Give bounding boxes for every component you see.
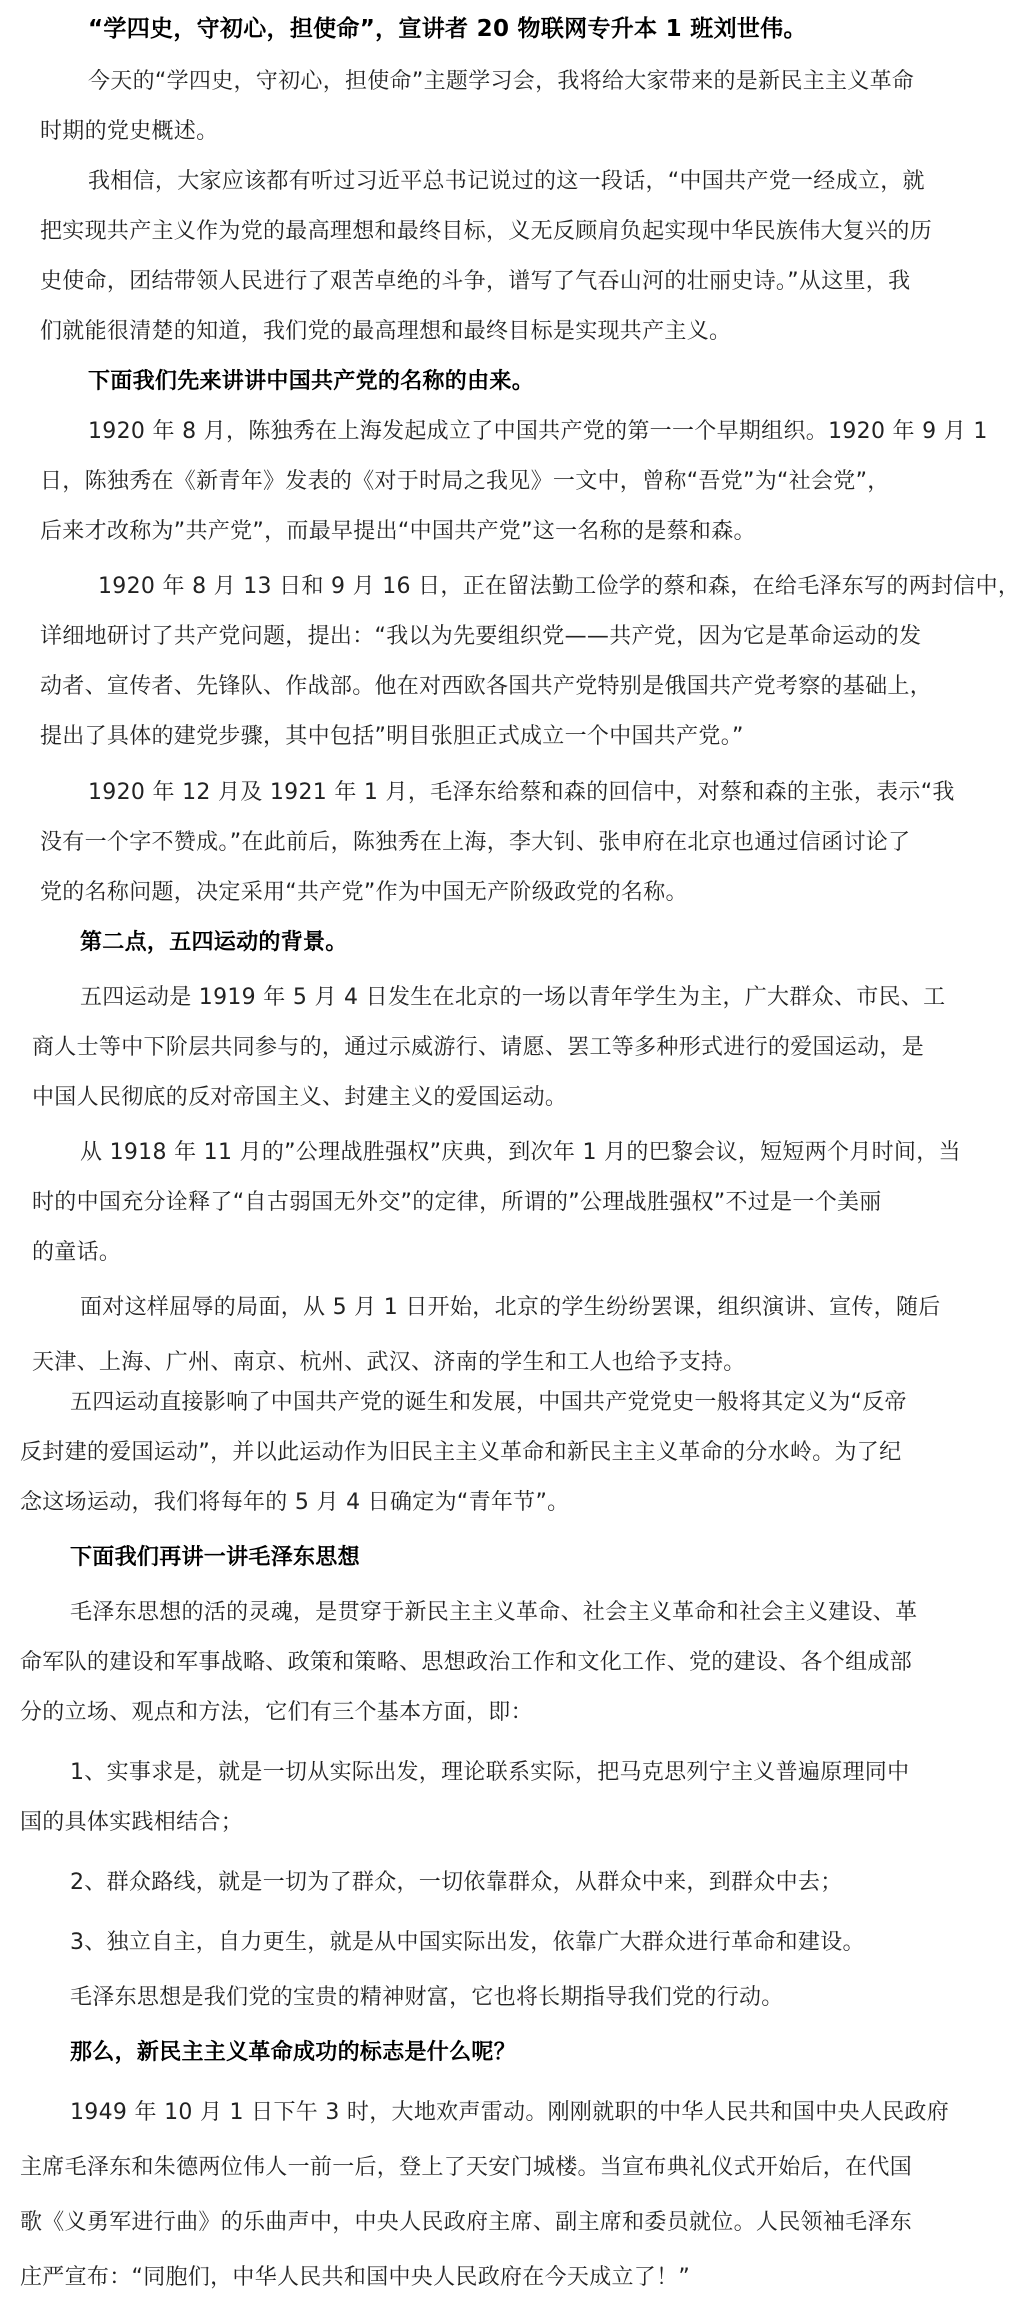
paragraph-line: 的童话。: [32, 1238, 121, 1268]
paragraph-line: 详细地研讨了共产党问题，提出：“我以为先要组织党——共产党，因为它是革命运动的发: [40, 622, 921, 652]
paragraph-line: 1920 年 8 月，陈独秀在上海发起成立了中国共产党的第一一个早期组织。192…: [88, 417, 988, 447]
paragraph-line: 日，陈独秀在《新青年》发表的《对于时局之我见》一文中，曾称“吾党”为“社会党”，: [40, 467, 890, 497]
paragraph-line: 时期的党史概述。: [40, 117, 218, 147]
paragraph-line: 3、独立自主，自力更生，就是从中国实际出发，依靠广大群众进行革命和建设。: [70, 1928, 865, 1958]
paragraph-line: 动者、宣传者、先锋队、作战部。他在对西欧各国共产党特别是俄国共产党考察的基础上，: [40, 672, 932, 702]
paragraph-line: 中国人民彻底的反对帝国主义、封建主义的爱国运动。: [32, 1083, 567, 1113]
paragraph-line: 面对这样屈辱的局面，从 5 月 1 日开始，北京的学生纷纷罢课，组织演讲、宣传，…: [80, 1293, 941, 1323]
paragraph-line: 今天的“学四史，守初心，担使命”主题学习会，我将给大家带来的是新民主主义革命: [88, 67, 914, 97]
paragraph-line: 分的立场、观点和方法，它们有三个基本方面，即：: [20, 1698, 533, 1728]
paragraph-line: 五四运动是 1919 年 5 月 4 日发生在北京的一场以青年学生为主，广大群众…: [80, 983, 945, 1013]
paragraph-line: 从 1918 年 11 月的”公理战胜强权”庆典，到次年 1 月的巴黎会议，短短…: [80, 1138, 961, 1168]
paragraph-line: 把实现共产主义作为党的最高理想和最终目标，义无反顾肩负起实现中华民族伟大复兴的历: [40, 217, 932, 247]
paragraph-line: 反封建的爱国运动”，并以此运动作为旧民主主义革命和新民主主义革命的分水岭。为了纪: [20, 1438, 901, 1468]
paragraph-line: 没有一个字不赞成。”在此前后，陈独秀在上海，李大钊、张申府在北京也通过信函讨论了: [40, 828, 910, 858]
paragraph-line: 天津、上海、广州、南京、杭州、武汉、济南的学生和工人也给予支持。: [32, 1348, 746, 1378]
paragraph-line: 党的名称问题，决定采用“共产党”作为中国无产阶级政党的名称。: [40, 878, 688, 908]
paragraph-line: 国的具体实践相结合；: [20, 1808, 243, 1838]
paragraph-line: 命军队的建设和军事战略、政策和策略、思想政治工作和文化工作、党的建设、各个组成部: [20, 1648, 912, 1678]
paragraph-line: 1920 年 12 月及 1921 年 1 月，毛泽东给蔡和森的回信中，对蔡和森…: [88, 778, 955, 808]
document-title: “学四史，守初心，担使命”，宣讲者 20 物联网专升本 1 班刘世伟。: [88, 14, 807, 44]
paragraph-line: 商人士等中下阶层共同参与的，通过示威游行、请愿、罢工等多种形式进行的爱国运动，是: [32, 1033, 924, 1063]
paragraph-line: 歌《义勇军进行曲》的乐曲声中，中央人民政府主席、副主席和委员就位。人民领袖毛泽东: [20, 2208, 912, 2238]
paragraph-line: 1949 年 10 月 1 日下午 3 时，大地欢声雷动。刚刚就职的中华人民共和…: [70, 2098, 949, 2128]
paragraph-line: 2、群众路线，就是一切为了群众，一切依靠群众，从群众中来，到群众中去；: [70, 1868, 843, 1898]
paragraph-line: 庄严宣布：“同胞们，中华人民共和国中央人民政府在今天成立了！”: [20, 2263, 690, 2293]
section-heading: 下面我们先来讲讲中国共产党的名称的由来。: [88, 367, 534, 397]
paragraph-line: 毛泽东思想是我们党的宝贵的精神财富，它也将长期指导我们党的行动。: [70, 1983, 784, 2013]
paragraph-line: 毛泽东思想的活的灵魂，是贯穿于新民主主义革命、社会主义革命和社会主义建设、革: [70, 1598, 917, 1628]
paragraph-line: 1、实事求是，就是一切从实际出发，理论联系实际，把马克思列宁主义普遍原理同中: [70, 1758, 909, 1788]
section-heading: 第二点，五四运动的背景。: [80, 928, 348, 958]
section-heading: 那么，新民主主义革命成功的标志是什么呢？: [70, 2038, 516, 2068]
paragraph-line: 我相信，大家应该都有听过习近平总书记说过的这一段话，“中国共产党一经成立，就: [88, 167, 925, 197]
paragraph-line: 们就能很清楚的知道，我们党的最高理想和最终目标是实现共产主义。: [40, 317, 731, 347]
paragraph-line: 五四运动直接影响了中国共产党的诞生和发展，中国共产党党史一般将其定义为“反帝: [70, 1388, 907, 1418]
paragraph-line: 念这场运动，我们将每年的 5 月 4 日确定为“青年节”。: [20, 1488, 569, 1518]
paragraph-line: 后来才改称为”共产党”，而最早提出“中国共产党”这一名称的是蔡和森。: [40, 517, 756, 547]
section-heading: 下面我们再讲一讲毛泽东思想: [70, 1543, 360, 1573]
paragraph-line: 1920 年 8 月 13 日和 9 月 16 日，正在留法勤工俭学的蔡和森，在…: [98, 572, 1020, 602]
paragraph-line: 时的中国充分诠释了“自古弱国无外交”的定律，所谓的”公理战胜强权”不过是一个美丽: [32, 1188, 882, 1218]
paragraph-line: 史使命，团结带领人民进行了艰苦卓绝的斗争，谱写了气吞山河的壮丽史诗。”从这里，我: [40, 267, 910, 297]
paragraph-line: 主席毛泽东和朱德两位伟人一前一后，登上了天安门城楼。当宣布典礼仪式开始后，在代国: [20, 2153, 912, 2183]
paragraph-line: 提出了具体的建党步骤，其中包括”明目张胆正式成立一个中国共产党。”: [40, 722, 744, 752]
